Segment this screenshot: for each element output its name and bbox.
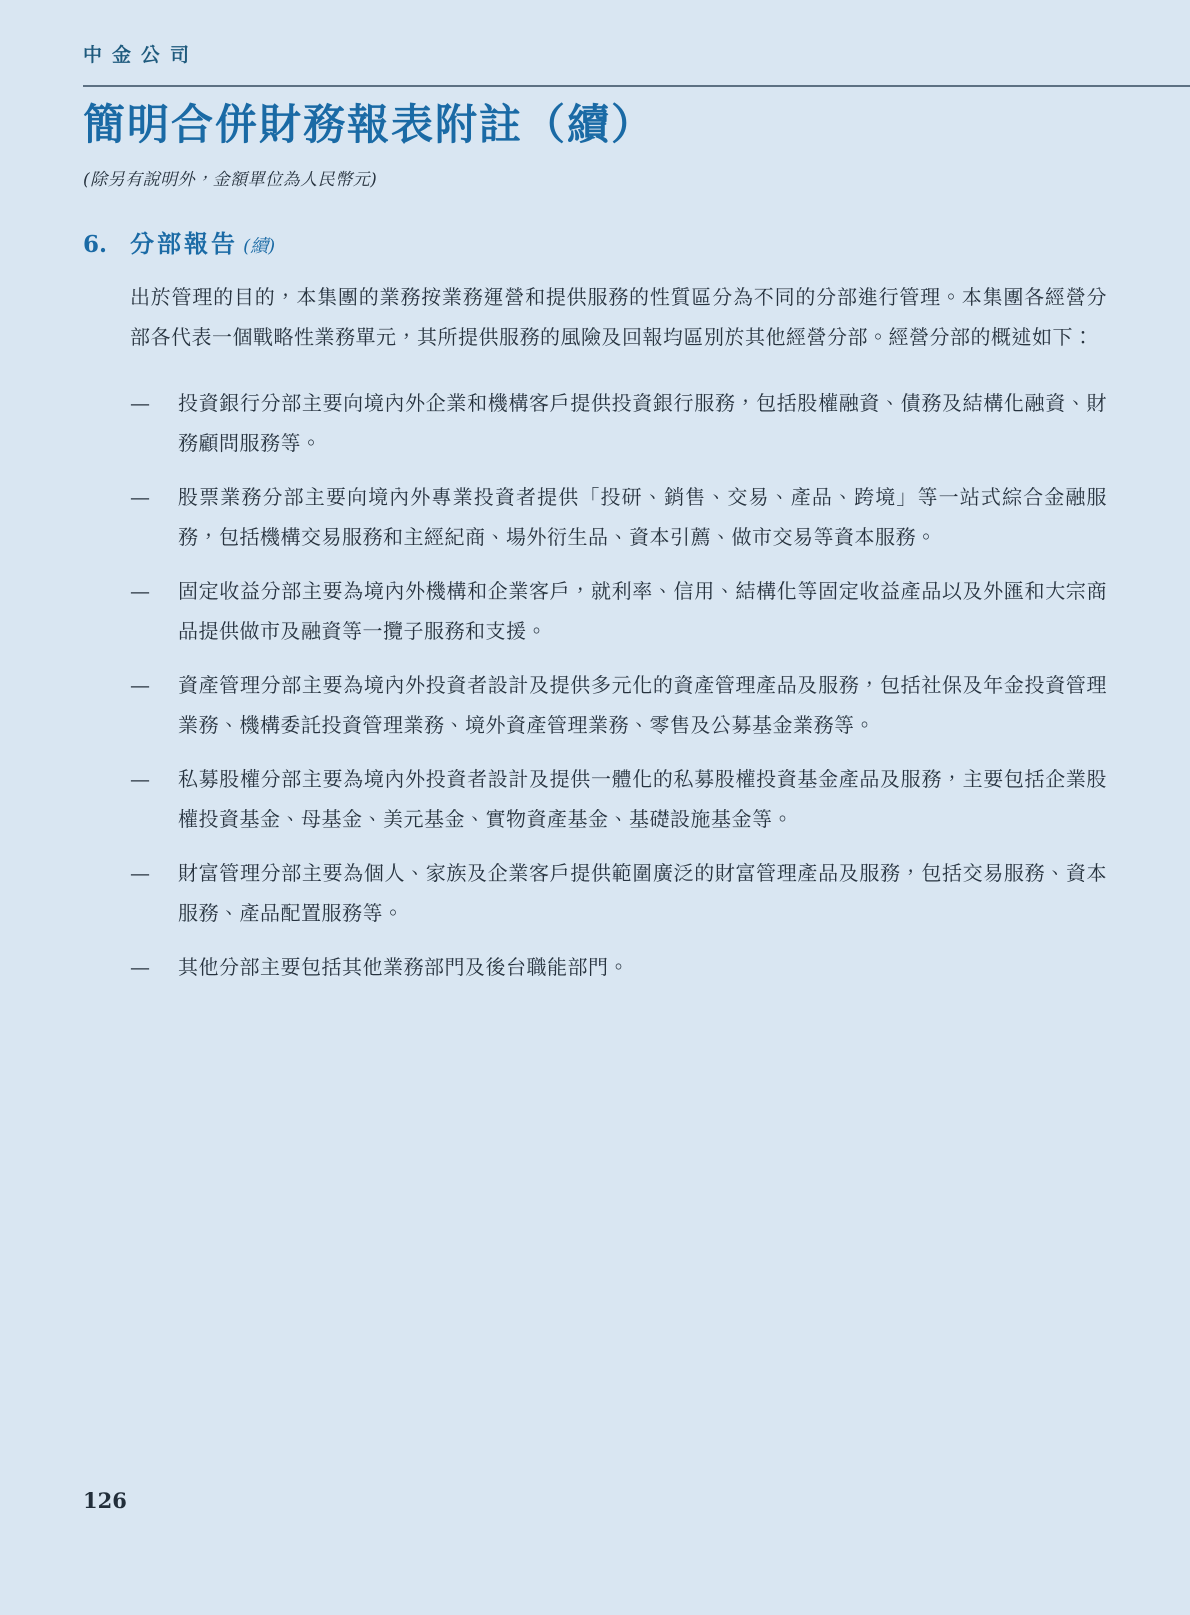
currency-note: (除另有說明外，金額單位為人民幣元) <box>83 165 1107 190</box>
section-number: 6. <box>83 231 130 259</box>
bullet-dash: — <box>130 571 178 651</box>
section-heading-row: 6.分部報告 (續) <box>83 230 1107 259</box>
bullet-text: 固定收益分部主要為境內外機構和企業客戶，就利率、信用、結構化等固定收益產品以及外… <box>178 571 1107 651</box>
bullet-item-investment-banking: — 投資銀行分部主要向境內外企業和機構客戶提供投資銀行服務，包括股權融資、債務及… <box>130 383 1107 463</box>
bullet-text: 其他分部主要包括其他業務部門及後台職能部門。 <box>178 947 1107 987</box>
company-name: 中金公司 <box>83 46 1107 65</box>
document-page: 中金公司 簡明合併財務報表附註（續） (除另有說明外，金額單位為人民幣元) 6.… <box>0 0 1190 1615</box>
header-rule <box>83 85 1190 87</box>
segment-bullet-list: — 投資銀行分部主要向境內外企業和機構客戶提供投資銀行服務，包括股權融資、債務及… <box>130 383 1107 987</box>
bullet-dash: — <box>130 853 178 933</box>
bullet-item-others: — 其他分部主要包括其他業務部門及後台職能部門。 <box>130 947 1107 987</box>
bullet-item-equities: — 股票業務分部主要向境內外專業投資者提供「投研、銷售、交易、產品、跨境」等一站… <box>130 477 1107 557</box>
section-continued-label: (續) <box>243 236 275 257</box>
bullet-dash: — <box>130 477 178 557</box>
bullet-text: 投資銀行分部主要向境內外企業和機構客戶提供投資銀行服務，包括股權融資、債務及結構… <box>178 383 1107 463</box>
bullet-text: 股票業務分部主要向境內外專業投資者提供「投研、銷售、交易、產品、跨境」等一站式綜… <box>178 477 1107 557</box>
bullet-text: 私募股權分部主要為境內外投資者設計及提供一體化的私募股權投資基金產品及服務，主要… <box>178 759 1107 839</box>
page-number: 126 <box>83 1488 127 1513</box>
bullet-item-wealth-management: — 財富管理分部主要為個人、家族及企業客戶提供範圍廣泛的財富管理產品及服務，包括… <box>130 853 1107 933</box>
bullet-text: 財富管理分部主要為個人、家族及企業客戶提供範圍廣泛的財富管理產品及服務，包括交易… <box>178 853 1107 933</box>
bullet-dash: — <box>130 947 178 987</box>
section-heading: 分部報告 <box>130 229 238 258</box>
bullet-item-private-equity: — 私募股權分部主要為境內外投資者設計及提供一體化的私募股權投資基金產品及服務，… <box>130 759 1107 839</box>
bullet-item-fixed-income: — 固定收益分部主要為境內外機構和企業客戶，就利率、信用、結構化等固定收益產品以… <box>130 571 1107 651</box>
bullet-dash: — <box>130 759 178 839</box>
section-intro-paragraph: 出於管理的目的，本集團的業務按業務運營和提供服務的性質區分為不同的分部進行管理。… <box>130 277 1107 357</box>
bullet-item-asset-management: — 資產管理分部主要為境內外投資者設計及提供多元化的資產管理產品及服務，包括社保… <box>130 665 1107 745</box>
bullet-dash: — <box>130 665 178 745</box>
bullet-dash: — <box>130 383 178 463</box>
bullet-text: 資產管理分部主要為境內外投資者設計及提供多元化的資產管理產品及服務，包括社保及年… <box>178 665 1107 745</box>
page-title: 簡明合併財務報表附註（續） <box>83 101 1107 149</box>
segment-report-section: 6.分部報告 (續) 出於管理的目的，本集團的業務按業務運營和提供服務的性質區分… <box>83 230 1107 987</box>
